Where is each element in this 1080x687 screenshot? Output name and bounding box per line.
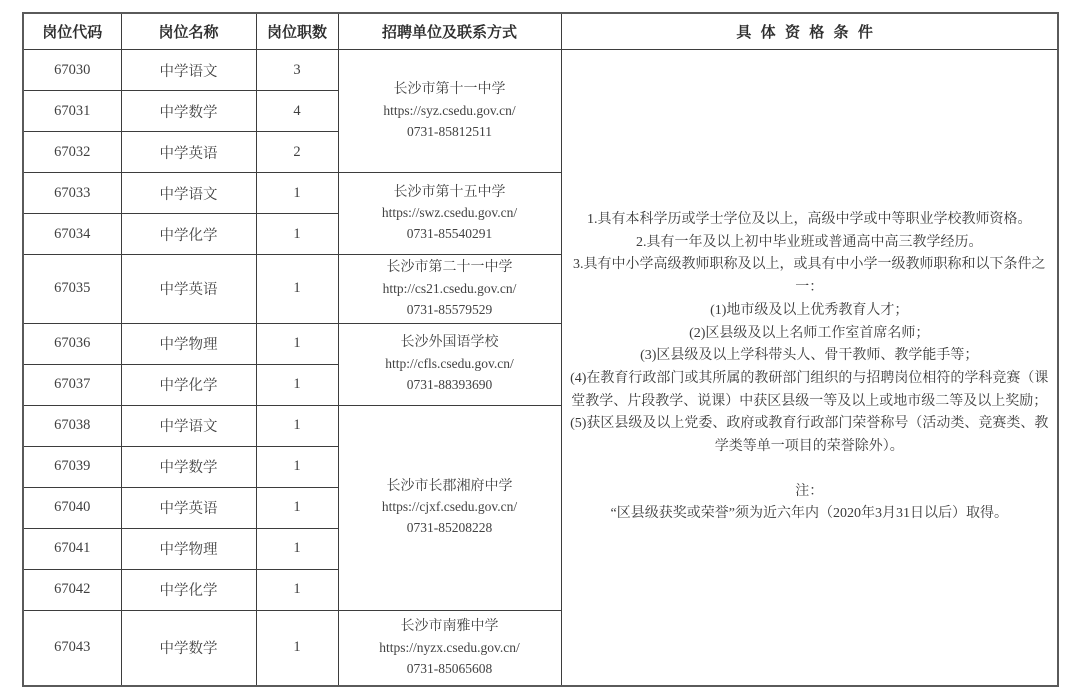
qualification-line: (1)地市级及以上优秀教育人才；	[566, 300, 1054, 323]
table-row: 67030 中学语文 3 长沙市第十一中学 https://syz.csedu.…	[23, 50, 1058, 91]
qualification-line: (4)在教育行政部门或其所属的教研部门组织的与招聘岗位相符的学科竞赛（课堂教学、…	[566, 368, 1054, 413]
qualifications-text: 1.具有本科学历或学士学位及以上，高级中学或中等职业学校教师资格。 2.具有一年…	[566, 209, 1054, 526]
school-phone: 0731-85812511	[343, 122, 557, 143]
school-url: https://cjxf.csedu.gov.cn/	[343, 497, 557, 518]
school-cell: 长沙外国语学校 http://cfls.csedu.gov.cn/ 0731-8…	[338, 323, 561, 405]
school-name: 长沙市南雅中学	[343, 616, 557, 638]
school-cell: 长沙市长郡湘府中学 https://cjxf.csedu.gov.cn/ 073…	[338, 405, 561, 610]
position-code: 67034	[23, 214, 121, 255]
school-name: 长沙市第十五中学	[343, 182, 557, 204]
school-cell: 长沙市第十一中学 https://syz.csedu.gov.cn/ 0731-…	[338, 50, 561, 173]
school-url: https://syz.csedu.gov.cn/	[343, 101, 557, 122]
position-code: 67043	[23, 610, 121, 686]
position-code: 67037	[23, 364, 121, 405]
note-text: “区县级获奖或荣誉”须为近六年内（2020年3月31日以后）取得。	[566, 503, 1054, 526]
position-name: 中学数学	[121, 91, 256, 132]
position-code: 67040	[23, 487, 121, 528]
school-url: https://swz.csedu.gov.cn/	[343, 203, 557, 224]
position-code: 67036	[23, 323, 121, 364]
position-count: 4	[256, 91, 338, 132]
header-school-contact: 招聘单位及联系方式	[338, 13, 561, 50]
position-name: 中学英语	[121, 132, 256, 173]
qualification-line: 2.具有一年及以上初中毕业班或普通高中高三教学经历。	[566, 232, 1054, 255]
position-count: 1	[256, 173, 338, 214]
position-count: 1	[256, 405, 338, 446]
school-name: 长沙市第十一中学	[343, 79, 557, 101]
position-name: 中学语文	[121, 50, 256, 91]
qualification-line: (3)区县级及以上学科带头人、骨干教师、教学能手等；	[566, 345, 1054, 368]
position-code: 67039	[23, 446, 121, 487]
school-phone: 0731-85208228	[343, 518, 557, 539]
school-phone: 0731-85065608	[343, 659, 557, 680]
school-phone: 0731-85579529	[343, 300, 557, 321]
qualification-line: (5)获区县级及以上党委、政府或教育行政部门荣誉称号（活动类、竞赛类、教学类等单…	[566, 413, 1054, 458]
document-page: 岗位代码 岗位名称 岗位职数 招聘单位及联系方式 具体资格条件 67030 中学…	[0, 0, 1080, 687]
school-url: http://cfls.csedu.gov.cn/	[343, 354, 557, 375]
school-cell: 长沙市第十五中学 https://swz.csedu.gov.cn/ 0731-…	[338, 173, 561, 255]
position-code: 67041	[23, 528, 121, 569]
school-url: http://cs21.csedu.gov.cn/	[343, 279, 557, 300]
header-position-code: 岗位代码	[23, 13, 121, 50]
position-name: 中学数学	[121, 610, 256, 686]
position-name: 中学化学	[121, 364, 256, 405]
position-count: 1	[256, 487, 338, 528]
position-count: 1	[256, 528, 338, 569]
position-name: 中学语文	[121, 173, 256, 214]
position-name: 中学英语	[121, 487, 256, 528]
position-count: 1	[256, 323, 338, 364]
header-row: 岗位代码 岗位名称 岗位职数 招聘单位及联系方式 具体资格条件	[23, 13, 1058, 50]
school-name: 长沙市长郡湘府中学	[343, 476, 557, 498]
position-code: 67038	[23, 405, 121, 446]
qualification-line: 1.具有本科学历或学士学位及以上，高级中学或中等职业学校教师资格。	[566, 209, 1054, 232]
position-count: 1	[256, 214, 338, 255]
school-phone: 0731-85540291	[343, 224, 557, 245]
position-code: 67042	[23, 569, 121, 610]
header-position-name: 岗位名称	[121, 13, 256, 50]
position-name: 中学物理	[121, 528, 256, 569]
note-label: 注：	[566, 481, 1054, 504]
position-count: 1	[256, 446, 338, 487]
position-code: 67035	[23, 255, 121, 324]
position-code: 67032	[23, 132, 121, 173]
qualifications-cell: 1.具有本科学历或学士学位及以上，高级中学或中等职业学校教师资格。 2.具有一年…	[561, 50, 1058, 687]
position-name: 中学英语	[121, 255, 256, 324]
header-qualifications: 具体资格条件	[561, 13, 1058, 50]
position-count: 1	[256, 610, 338, 686]
recruitment-table: 岗位代码 岗位名称 岗位职数 招聘单位及联系方式 具体资格条件 67030 中学…	[22, 12, 1059, 687]
position-count: 2	[256, 132, 338, 173]
position-code: 67030	[23, 50, 121, 91]
position-count: 3	[256, 50, 338, 91]
position-code: 67031	[23, 91, 121, 132]
position-name: 中学语文	[121, 405, 256, 446]
position-name: 中学化学	[121, 214, 256, 255]
position-name: 中学物理	[121, 323, 256, 364]
position-count: 1	[256, 364, 338, 405]
school-cell: 长沙市南雅中学 https://nyzx.csedu.gov.cn/ 0731-…	[338, 610, 561, 686]
school-phone: 0731-88393690	[343, 375, 557, 396]
school-cell: 长沙市第二十一中学 http://cs21.csedu.gov.cn/ 0731…	[338, 255, 561, 324]
school-name: 长沙外国语学校	[343, 332, 557, 354]
position-count: 1	[256, 255, 338, 324]
qualification-line: 3.具有中小学高级教师职称及以上，或具有中小学一级教师职称和以下条件之一：	[566, 254, 1054, 299]
position-name: 中学化学	[121, 569, 256, 610]
school-name: 长沙市第二十一中学	[343, 257, 557, 279]
position-code: 67033	[23, 173, 121, 214]
qualification-line: (2)区县级及以上名师工作室首席名师；	[566, 323, 1054, 346]
school-url: https://nyzx.csedu.gov.cn/	[343, 638, 557, 659]
header-position-count: 岗位职数	[256, 13, 338, 50]
position-count: 1	[256, 569, 338, 610]
position-name: 中学数学	[121, 446, 256, 487]
